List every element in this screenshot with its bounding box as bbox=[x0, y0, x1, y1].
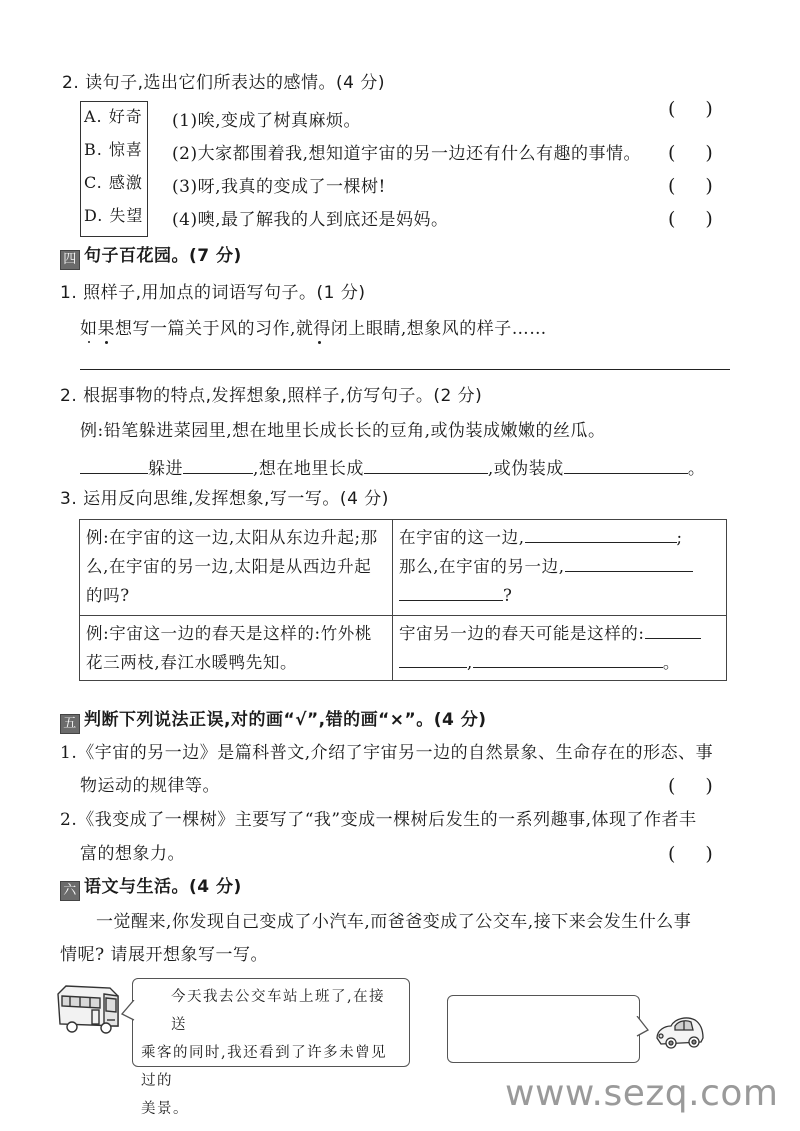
s5-item1-line1: 1.《宇宙的另一边》是篇科普文,介绍了宇宙另一边的自然景象、生命存在的形态、事 bbox=[60, 742, 713, 764]
car-speech-bubble-answer[interactable] bbox=[447, 995, 640, 1063]
fill-text-3: ,或伪装成 bbox=[488, 459, 564, 479]
table-cell-answer-1: 在宇宙的这一边,; 那么,在宇宙的另一边, ? bbox=[393, 520, 727, 616]
s5-item2-line2: 富的想象力。 bbox=[80, 843, 185, 865]
answer2-blank-c[interactable] bbox=[473, 649, 663, 668]
fill-text-1: 躲进 bbox=[148, 459, 183, 479]
answer1-text-c: 那么,在宇宙的另一边, bbox=[399, 557, 565, 576]
table-cell-answer-2: 宇宙另一边的春天可能是这样的: ,。 bbox=[393, 616, 727, 681]
table-row: 例:宇宙这一边的春天是这样的:竹外桃花三两枝,春江水暖鸭先知。 宇宙另一边的春天… bbox=[80, 616, 727, 681]
q2-sentence-3: (3)呀,我真的变成了一棵树! bbox=[172, 176, 386, 198]
s5-answer-2[interactable]: () bbox=[668, 843, 713, 865]
fill-blank-3[interactable] bbox=[364, 455, 488, 474]
answer1-blank-a[interactable] bbox=[525, 524, 677, 543]
table-cell-example-2: 例:宇宙这一边的春天是这样的:竹外桃花三两枝,春江水暖鸭先知。 bbox=[80, 616, 393, 681]
section6-badge: 六 bbox=[60, 881, 80, 901]
answer2-text-c: 。 bbox=[663, 653, 680, 672]
s4-q2-example: 例:铅笔躲进菜园里,想在地里长成长长的豆角,或伪装成嫩嫩的丝瓜。 bbox=[80, 420, 606, 442]
s6-prompt-line1: 一觉醒来,你发现自己变成了小汽车,而爸爸变成了公交车,接下来会发生什么事 bbox=[96, 911, 691, 933]
q2-answer-4[interactable]: () bbox=[668, 208, 713, 230]
q2-title: 2. 读句子,选出它们所表达的感情。(4 分) bbox=[62, 72, 385, 94]
bubble-tail-right bbox=[636, 1016, 650, 1038]
answer2-blank-b[interactable] bbox=[399, 649, 467, 668]
emphasis-dot bbox=[88, 341, 90, 343]
option-c: C. 感激 bbox=[84, 172, 143, 194]
q2-sentence-4: (4)噢,最了解我的人到底还是妈妈。 bbox=[172, 209, 448, 231]
option-d: D. 失望 bbox=[84, 205, 143, 227]
option-b: B. 惊喜 bbox=[84, 139, 143, 161]
section4-header: 四句子百花园。(7 分) bbox=[60, 245, 242, 270]
section5-header: 五判断下列说法正误,对的画“√”,错的画“×”。(4 分) bbox=[60, 709, 486, 734]
fill-text-4: 。 bbox=[688, 459, 706, 479]
fill-blank-1[interactable] bbox=[80, 455, 148, 474]
section5-badge: 五 bbox=[60, 714, 80, 734]
bubble-tail-left bbox=[121, 1000, 135, 1022]
bubble-line-1: 今天我去公交车站上班了,在接送 bbox=[141, 983, 401, 1039]
q2-answer-2[interactable]: () bbox=[668, 142, 713, 164]
q2-answer-3[interactable]: () bbox=[668, 175, 713, 197]
q2-sentence-1: (1)唉,变成了树真麻烦。 bbox=[172, 110, 361, 132]
reverse-thinking-table: 例:在宇宙的这一边,太阳从东边升起;那么,在宇宙的另一边,太阳是从西边升起的吗?… bbox=[79, 519, 727, 681]
answer1-blank-c[interactable] bbox=[399, 582, 503, 601]
q2-answer-1[interactable]: () bbox=[668, 98, 713, 120]
answer1-text-a: 在宇宙的这一边, bbox=[399, 528, 525, 547]
section4-badge: 四 bbox=[60, 250, 80, 270]
answer1-text-d: ? bbox=[503, 586, 512, 605]
s4-q2-title: 2. 根据事物的特点,发挥想象,照样子,仿写句子。(2 分) bbox=[60, 385, 482, 407]
s5-item1-line2: 物运动的规律等。 bbox=[80, 775, 220, 797]
s4-q3-title: 3. 运用反向思维,发挥想象,写一写。(4 分) bbox=[60, 488, 389, 510]
s4-q1-example: 如果想写一篇关于风的习作,就得闭上眼睛,想象风的样子…… bbox=[80, 318, 547, 340]
s6-prompt-line2: 情呢? 请展开想象写一写。 bbox=[60, 944, 268, 966]
section6-title: 语文与生活。(4 分) bbox=[84, 877, 242, 897]
fill-blank-4[interactable] bbox=[564, 455, 688, 474]
s5-answer-1[interactable]: () bbox=[668, 775, 713, 797]
table-cell-example-1: 例:在宇宙的这一边,太阳从东边升起;那么,在宇宙的另一边,太阳是从西边升起的吗? bbox=[80, 520, 393, 616]
answer1-text-b: ; bbox=[677, 528, 683, 547]
bus-icon bbox=[52, 980, 130, 1038]
answer1-blank-b[interactable] bbox=[565, 553, 693, 572]
table-row: 例:在宇宙的这一边,太阳从东边升起;那么,在宇宙的另一边,太阳是从西边升起的吗?… bbox=[80, 520, 727, 616]
option-a: A. 好奇 bbox=[84, 106, 143, 128]
s4-q2-fill: 躲进,想在地里长成,或伪装成。 bbox=[80, 455, 705, 480]
bubble-line-3: 美景。 bbox=[141, 1095, 401, 1123]
bubble-line-2: 乘客的同时,我还看到了许多未曾见过的 bbox=[141, 1039, 401, 1095]
emphasis-dot bbox=[105, 341, 108, 344]
q2-sentence-2: (2)大家都围着我,想知道宇宙的另一边还有什么有趣的事情。 bbox=[172, 143, 641, 165]
emphasis-dot bbox=[318, 341, 321, 344]
section4-title: 句子百花园。(7 分) bbox=[84, 246, 242, 266]
section5-title: 判断下列说法正误,对的画“√”,错的画“×”。(4 分) bbox=[84, 710, 486, 730]
bus-speech-bubble: 今天我去公交车站上班了,在接送 乘客的同时,我还看到了许多未曾见过的 美景。 bbox=[132, 978, 410, 1067]
watermark: www.sezq.com bbox=[505, 1073, 778, 1114]
fill-text-2: ,想在地里长成 bbox=[253, 459, 364, 479]
s4-q1-answer-line[interactable] bbox=[80, 369, 730, 370]
fill-blank-2[interactable] bbox=[183, 455, 253, 474]
car-icon bbox=[653, 1012, 707, 1052]
section6-header: 六语文与生活。(4 分) bbox=[60, 876, 242, 901]
s4-q1-title: 1. 照样子,用加点的词语写句子。(1 分) bbox=[60, 282, 366, 304]
answer2-blank-a[interactable] bbox=[645, 620, 701, 639]
answer2-text-a: 宇宙另一边的春天可能是这样的: bbox=[399, 624, 645, 643]
s5-item2-line1: 2.《我变成了一棵树》主要写了“我”变成一棵树后发生的一系列趣事,体现了作者丰 bbox=[60, 809, 697, 831]
